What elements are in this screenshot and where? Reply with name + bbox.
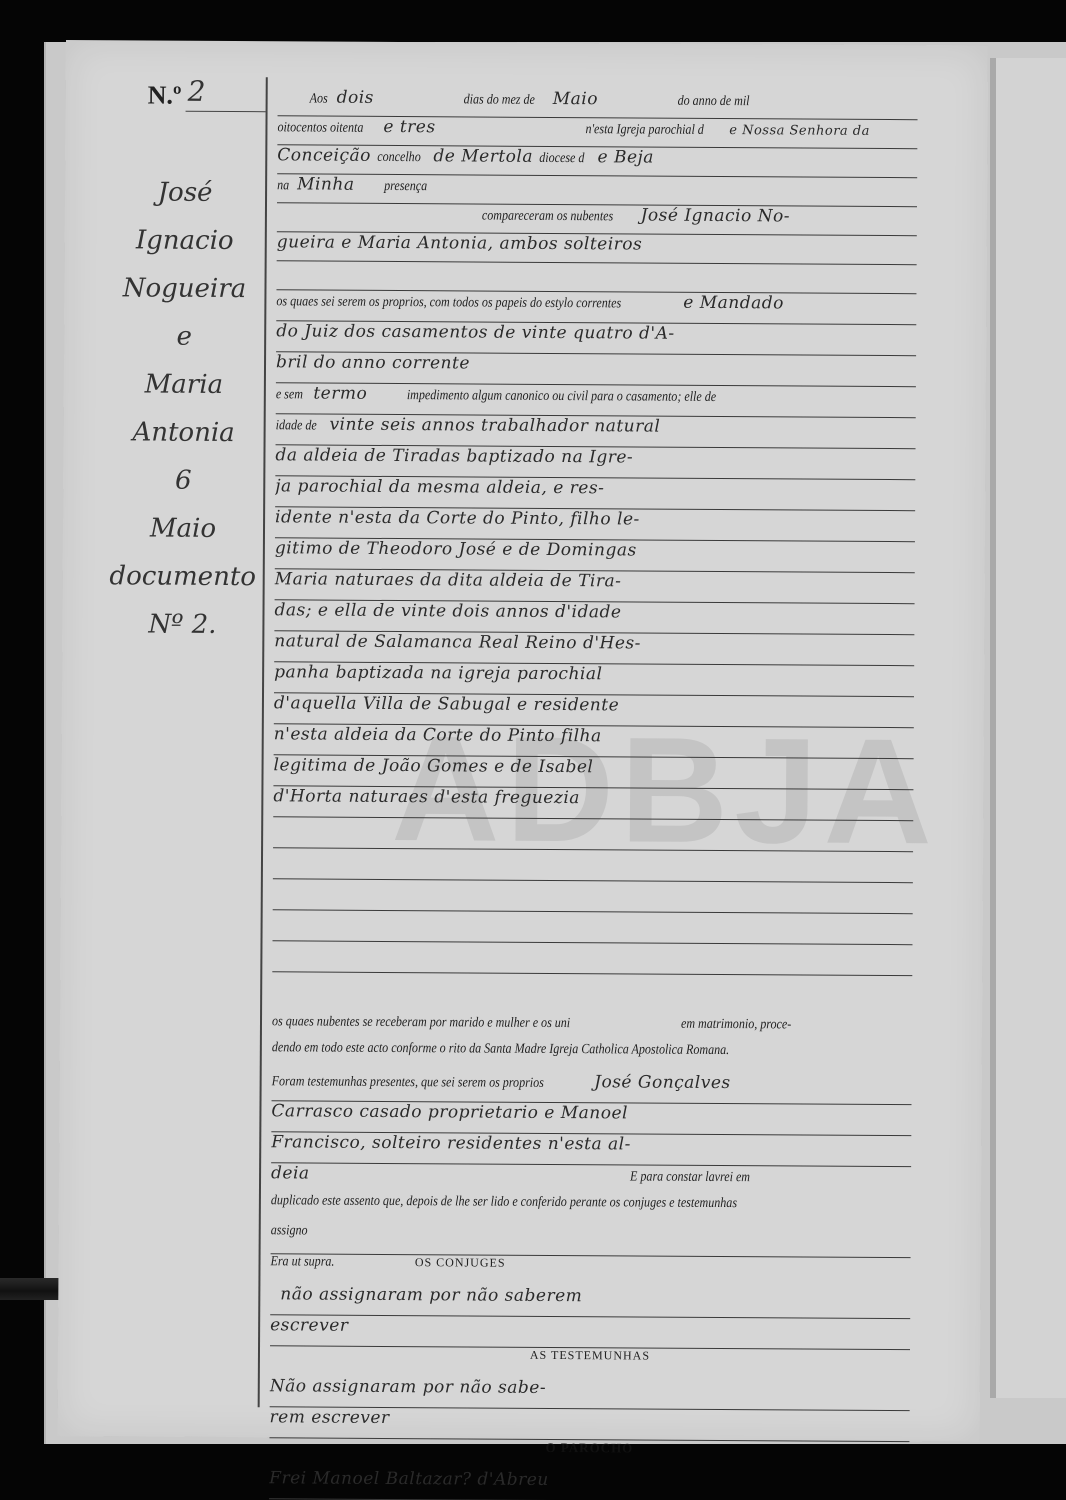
blank-line xyxy=(273,848,913,883)
margin-line: documento xyxy=(103,552,263,601)
margin-line: Nº 2. xyxy=(102,600,262,649)
record-body: Aosdoisdias do mez deMaiodo anno de mil … xyxy=(269,87,918,1500)
margin-note: José Ignacio Nogueira e Maria Antonia 6 … xyxy=(102,168,265,649)
signature-line: escrever xyxy=(270,1315,910,1350)
blank-line xyxy=(272,941,912,976)
form-line: naMinhapresença xyxy=(277,174,917,207)
blank-line xyxy=(273,817,913,852)
margin-line: José Ignacio xyxy=(105,168,266,265)
record-number: 2 xyxy=(188,75,206,108)
margin-line: e xyxy=(104,312,264,361)
handwritten-line: legitima de João Gomes e de Isabel xyxy=(273,755,913,790)
form-line: oitocentos oitentae tresn'esta Igreja pa… xyxy=(277,116,917,149)
handwritten-line: d'Horta naturaes d'esta freguezia xyxy=(273,786,913,821)
form-line: os quaes sei serem os proprios, com todo… xyxy=(276,290,916,325)
form-line: do Juiz dos casamentos de vinte quatro d… xyxy=(276,321,916,356)
facing-page-edge xyxy=(990,58,1066,1398)
form-line: AS TESTEMUNHAS xyxy=(270,1346,910,1380)
margin-line: Nogueira xyxy=(104,264,264,313)
handwritten-line: gitimo de Theodoro José e de Domingas xyxy=(275,538,915,573)
form-line: Carrasco casado proprietario e Manoel xyxy=(271,1101,911,1136)
form-line: Foram testemunhas presentes, que sei ser… xyxy=(272,1070,912,1105)
form-line: gueira e Maria Antonia, ambos solteiros xyxy=(277,232,917,265)
blank-line xyxy=(272,910,912,945)
form-line: Aosdoisdias do mez deMaiodo anno de mil xyxy=(278,87,918,120)
body-lines: da aldeia de Tiradas baptizado na Igre- … xyxy=(272,445,915,976)
form-line: idade devinte seis annos trabalhador nat… xyxy=(276,414,916,449)
handwritten-line: da aldeia de Tiradas baptizado na Igre- xyxy=(275,445,915,480)
form-line: e semtermoimpedimento algum canonico ou … xyxy=(276,383,916,418)
record-number-underline xyxy=(186,111,266,112)
form-line: Era ut supra.OS CONJUGES xyxy=(270,1254,910,1288)
form-line: deiaE para constar lavrei em xyxy=(271,1163,911,1197)
signature-line: Não assignaram por não sabe- xyxy=(270,1376,910,1411)
margin-line: Antonia xyxy=(103,408,263,457)
form-line: assigno xyxy=(271,1223,911,1258)
form-line: duplicado este assento que, depois de lh… xyxy=(271,1193,911,1227)
form-line: bril do anno corrente xyxy=(276,352,916,387)
form-line xyxy=(276,261,916,294)
handwritten-line: ja parochial da mesma aldeia, e res- xyxy=(275,476,915,511)
handwritten-line: n'esta aldeia da Corte do Pinto filha xyxy=(274,724,914,759)
signature-line: não assignaram por não saberem xyxy=(270,1284,910,1319)
handwritten-line: idente n'esta da Corte do Pinto, filho l… xyxy=(275,507,915,542)
priest-signature: Frei Manoel Baltazar? d'Abreu xyxy=(269,1468,909,1500)
handwritten-line: d'aquella Villa de Sabugal e residente xyxy=(274,693,914,728)
record-number-label: N.º xyxy=(148,81,182,111)
form-line: Francisco, solteiro residentes n'esta al… xyxy=(271,1132,911,1167)
margin-line: 6 xyxy=(103,456,263,505)
form-line: O PAROCHO xyxy=(269,1438,909,1472)
witnesses-heading: AS TESTEMUNHAS xyxy=(530,1348,650,1363)
handwritten-line: panha baptizada na igreja parochial xyxy=(274,662,914,697)
spouses-heading: OS CONJUGES xyxy=(415,1255,506,1270)
margin-line: Maio xyxy=(103,504,263,553)
handwritten-line: Maria naturaes da dita aldeia de Tira- xyxy=(275,569,915,604)
margin-line: Maria xyxy=(104,360,264,409)
margin-column: N.º 2 José Ignacio Nogueira e Maria Anto… xyxy=(57,40,266,1437)
register-page: ADBJA N.º 2 José Ignacio Nogueira e Mari… xyxy=(57,40,988,1442)
form-line: os quaes nubentes se receberam por marid… xyxy=(272,1010,912,1044)
blank-line xyxy=(273,879,913,914)
signature-line: rem escrever xyxy=(269,1407,909,1442)
handwritten-line: das; e ella de vinte dois annos d'idade xyxy=(274,600,914,635)
form-line: dendo em todo este acto conforme o rito … xyxy=(272,1040,912,1074)
priest-heading: O PAROCHO xyxy=(545,1440,633,1456)
form-line: compareceram os nubentesJosé Ignacio No- xyxy=(277,203,917,236)
form-line: Conceiçãoconcelhode Mertoladiocese de Be… xyxy=(277,145,917,178)
handwritten-line: natural de Salamanca Real Reino d'Hes- xyxy=(274,631,914,666)
